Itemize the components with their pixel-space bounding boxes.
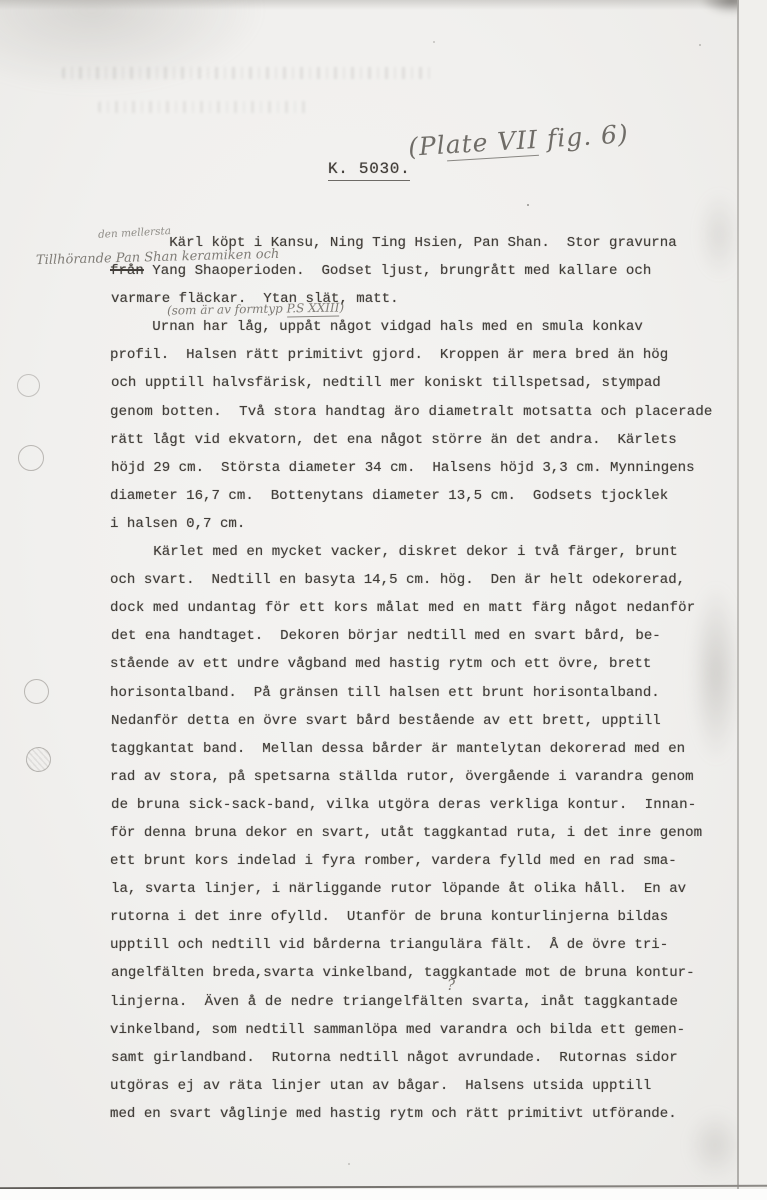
typewritten-line: Kärl köpt i Kansu, Ning Ting Hsien, Pan … bbox=[110, 229, 750, 257]
typewritten-line: genom botten. Två stora handtag äro diam… bbox=[110, 398, 750, 426]
plate-annotation-underlined: ate VII bbox=[445, 125, 539, 162]
punch-hole bbox=[17, 374, 40, 397]
typewritten-line: horisontalband. På gränsen till halsen e… bbox=[110, 679, 750, 707]
typewritten-line: Kärlet med en mycket vacker, diskret dek… bbox=[111, 538, 751, 566]
typewritten-text: Kärl köpt i Kansu, Ning Ting Hsien, Pan … bbox=[110, 229, 750, 1128]
scanned-document-page: K. 5030. (Plate VII fig. 6) den mellerst… bbox=[0, 0, 767, 1200]
plate-annotation-handwritten: (Plate VII fig. 6) bbox=[407, 119, 629, 161]
typewritten-line: upptill och nedtill vid bårderna triangu… bbox=[110, 931, 750, 959]
typewritten-line: med en svart våglinje med hastig rytm oc… bbox=[110, 1100, 750, 1128]
typewritten-line: angelfälten breda,svarta vinkelband, tag… bbox=[111, 959, 751, 987]
typewritten-line: rutorna i det inre ofylld. Utanför de br… bbox=[110, 903, 750, 931]
typewritten-line: Urnan har låg, uppåt något vidgad hals m… bbox=[110, 313, 750, 341]
typewritten-line: varmare fläckar. Ytan slät, matt. bbox=[111, 285, 751, 313]
typewritten-line: stående av ett undre vågband med hastig … bbox=[110, 650, 750, 678]
scan-backing-bottom bbox=[0, 1189, 767, 1200]
typewritten-line: de bruna sick-sack-band, vilka utgöra de… bbox=[111, 791, 751, 819]
ink-speck bbox=[348, 1163, 350, 1165]
typewritten-line: utgöras ej av räta linjer utan av bågar.… bbox=[110, 1072, 750, 1100]
ink-speck bbox=[699, 44, 701, 46]
punch-hole bbox=[26, 747, 51, 772]
typewritten-line: diameter 16,7 cm. Bottenytans diameter 1… bbox=[110, 482, 750, 510]
typewritten-line: i halsen 0,7 cm. bbox=[110, 510, 750, 538]
typewritten-line: för denna bruna dekor en svart, utåt tag… bbox=[110, 819, 750, 847]
typewritten-line: från Yang Shaoperioden. Godset ljust, br… bbox=[110, 257, 750, 285]
typewritten-line: vinkelband, som nedtill sammanlöpa med v… bbox=[110, 1016, 750, 1044]
typewritten-line: dock med undantag för ett kors målat med… bbox=[110, 594, 750, 622]
catalog-number: K. 5030. bbox=[328, 160, 410, 181]
plate-annotation-pre: (Pl bbox=[407, 130, 446, 161]
typewritten-line: och upptill halvsfärisk, nedtill mer kon… bbox=[111, 369, 751, 397]
ink-speck bbox=[527, 204, 529, 206]
punch-hole bbox=[18, 445, 44, 471]
typewritten-line: och svart. Nedtill en basyta 14,5 cm. hö… bbox=[110, 566, 750, 594]
typewritten-line: la, svarta linjer, i närliggande rutor l… bbox=[111, 875, 751, 903]
typewritten-line: samt girlandband. Rutorna nedtill något … bbox=[111, 1044, 751, 1072]
typewritten-line: profil. Halsen rätt primitivt gjord. Kro… bbox=[110, 341, 750, 369]
typewritten-line: ett brunt kors indelad i fyra romber, va… bbox=[110, 847, 750, 875]
plate-annotation-post: fig. 6) bbox=[537, 119, 629, 153]
ghost-text-smudge bbox=[98, 101, 310, 113]
typewritten-line: det ena handtaget. Dekoren börjar nedtil… bbox=[111, 622, 751, 650]
typewritten-line: höjd 29 cm. Största diameter 34 cm. Hals… bbox=[111, 454, 751, 482]
scan-corner-shading bbox=[0, 0, 266, 94]
typewritten-line: taggkantat band. Mellan dessa bårder är … bbox=[110, 735, 750, 763]
struck-out-word: från bbox=[110, 263, 144, 279]
typewritten-line: Nedanför detta en övre svart bård beståe… bbox=[111, 707, 751, 735]
ghost-text-smudge bbox=[62, 67, 432, 79]
typewritten-line: rätt lågt vid ekvatorn, det ena något st… bbox=[110, 426, 750, 454]
punch-hole bbox=[24, 679, 49, 704]
typewritten-line: linjerna. Även å de nedre triangelfälten… bbox=[110, 988, 750, 1016]
ink-speck bbox=[433, 41, 435, 43]
typewritten-line: rad av stora, på spetsarna ställda rutor… bbox=[110, 763, 750, 791]
